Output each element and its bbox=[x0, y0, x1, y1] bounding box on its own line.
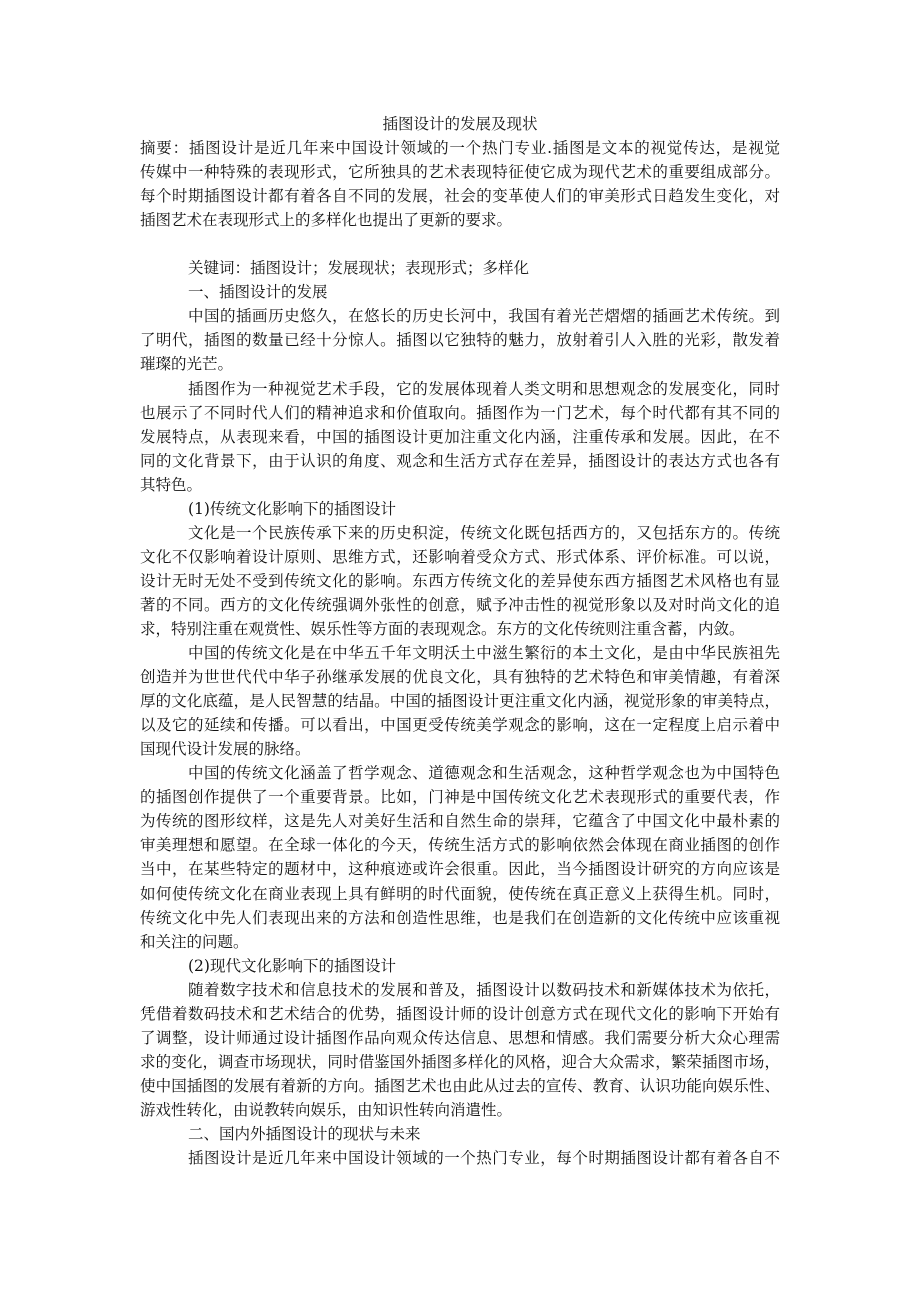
abstract-line: 每个时期插图设计都有着各自不同的发展，社会的变革使人们的审美形式日趋发生变化，对 bbox=[140, 184, 780, 208]
paragraph-line: 文化不仅影响着设计原则、思维方式，还影响着受众方式、形式体系、评价标准。可以说， bbox=[140, 545, 780, 569]
paragraph-line: 中国的插画历史悠久，在悠长的历史长河中，我国有着光芒熠熠的插画艺术传统。到 bbox=[140, 304, 780, 328]
paragraph-line: 以及它的延续和传播。可以看出，中国更受传统美学观念的影响，这在一定程度上启示着中 bbox=[140, 713, 780, 737]
section-heading: 二、国内外插图设计的现状与未来 bbox=[140, 1122, 780, 1146]
paragraph-line: 其特色。 bbox=[140, 473, 780, 497]
abstract: 摘要：插图设计是近几年来中国设计领域的一个热门专业.插图是文本的视觉传达，是视觉… bbox=[140, 136, 780, 232]
paragraph-line: 的插图创作提供了一个重要背景。比如，门神是中国传统文化艺术表现形式的重要代表，作 bbox=[140, 785, 780, 809]
document-title: 插图设计的发展及现状 bbox=[140, 112, 780, 136]
paragraph: 随着数字技术和信息技术的发展和普及，插图设计以数码技术和新媒体技术为依托， 凭借… bbox=[140, 978, 780, 1122]
paragraph-line: 著的不同。西方的文化传统强调外张性的创意，赋予冲击性的视觉形象以及对时尚文化的追 bbox=[140, 593, 780, 617]
paragraph-line: 同的文化背景下，由于认识的角度、观念和生活方式存在差异，插图设计的表达方式也各有 bbox=[140, 449, 780, 473]
paragraph-line: 也展示了不同时代人们的精神追求和价值取向。插图作为一门艺术，每个时代都有其不同的 bbox=[140, 401, 780, 425]
paragraph-line: 和关注的问题。 bbox=[140, 930, 780, 954]
paragraph-line: 传统文化中先人们表现出来的方法和创造性思维，也是我们在创造新的文化传统中应该重视 bbox=[140, 906, 780, 930]
section-heading: 一、插图设计的发展 bbox=[140, 280, 780, 304]
paragraph-line: 为传统的图形纹样，这是先人对美好生活和自然生命的崇拜，它蕴含了中国文化中最朴素的 bbox=[140, 809, 780, 833]
paragraph: 文化是一个民族传承下来的历史积淀，传统文化既包括西方的，又包括东方的。传统 文化… bbox=[140, 521, 780, 641]
paragraph-line: 文化是一个民族传承下来的历史积淀，传统文化既包括西方的，又包括东方的。传统 bbox=[140, 521, 780, 545]
abstract-line: 传媒中一种特殊的表现形式，它所独具的艺术表现特征使它成为现代艺术的重要组成部分。 bbox=[140, 160, 780, 184]
paragraph-line: 当中，在某些特定的题材中，这种痕迹或许会很重。因此，当今插图设计研究的方向应该是 bbox=[140, 857, 780, 881]
paragraph-line: 求的变化，调查市场现状，同时借鉴国外插图多样化的风格，迎合大众需求，繁荣插图市场… bbox=[140, 1050, 780, 1074]
blank-line bbox=[140, 232, 780, 256]
paragraph-line: 发展特点，从表现来看，中国的插图设计更加注重文化内涵，注重传承和发展。因此，在不 bbox=[140, 425, 780, 449]
paragraph: 插图设计是近几年来中国设计领域的一个热门专业，每个时期插图设计都有着各自不 bbox=[140, 1146, 780, 1170]
paragraph: 中国的传统文化涵盖了哲学观念、道德观念和生活观念，这种哲学观念也为中国特色 的插… bbox=[140, 761, 780, 953]
subsection-heading: (1)传统文化影响下的插图设计 bbox=[140, 497, 780, 521]
paragraph-line: 中国的传统文化涵盖了哲学观念、道德观念和生活观念，这种哲学观念也为中国特色 bbox=[140, 761, 780, 785]
abstract-line: 插图艺术在表现形式上的多样化也提出了更新的要求。 bbox=[140, 208, 780, 232]
paragraph-line: 了调整，设计师通过设计插图作品向观众传达信息、思想和情感。我们需要分析大众心理需 bbox=[140, 1026, 780, 1050]
paragraph-line: 凭借着数码技术和艺术结合的优势，插图设计师的设计创意方式在现代文化的影响下开始有 bbox=[140, 1002, 780, 1026]
paragraph-line: 国现代设计发展的脉络。 bbox=[140, 737, 780, 761]
paragraph-line: 创造并为世世代代中华子孙继承发展的优良文化，具有独特的艺术特色和审美情趣，有着深 bbox=[140, 665, 780, 689]
paragraph-line: 游戏性转化，由说教转向娱乐，由知识性转向消遣性。 bbox=[140, 1098, 780, 1122]
paragraph: 中国的插画历史悠久，在悠长的历史长河中，我国有着光芒熠熠的插画艺术传统。到 了明… bbox=[140, 304, 780, 376]
paragraph-line: 使中国插图的发展有着新的方向。插图艺术也由此从过去的宣传、教育、认识功能向娱乐性… bbox=[140, 1074, 780, 1098]
paragraph: 中国的传统文化是在中华五千年文明沃土中滋生繁衍的本土文化，是由中华民族祖先 创造… bbox=[140, 641, 780, 761]
paragraph-line: 求，特别注重在观赏性、娱乐性等方面的表现观念。东方的文化传统则注重含蓄，内敛。 bbox=[140, 617, 780, 641]
paragraph-line: 审美理想和愿望。在全球一体化的今天，传统生活方式的影响依然会体现在商业插图的创作 bbox=[140, 833, 780, 857]
paragraph-line: 璀璨的光芒。 bbox=[140, 352, 780, 376]
paragraph-line: 设计无时无处不受到传统文化的影响。东西方传统文化的差异使东西方插图艺术风格也有显 bbox=[140, 569, 780, 593]
paragraph-line: 了明代，插图的数量已经十分惊人。插图以它独特的魅力，放射着引人入胜的光彩，散发着 bbox=[140, 328, 780, 352]
keywords: 关键词：插图设计；发展现状；表现形式；多样化 bbox=[140, 256, 780, 280]
abstract-line: 摘要：插图设计是近几年来中国设计领域的一个热门专业.插图是文本的视觉传达，是视觉 bbox=[140, 136, 780, 160]
paragraph: 插图作为一种视觉艺术手段，它的发展体现着人类文明和思想观念的发展变化，同时 也展… bbox=[140, 377, 780, 497]
paragraph-line: 插图设计是近几年来中国设计领域的一个热门专业，每个时期插图设计都有着各自不 bbox=[140, 1146, 780, 1170]
document-page: 插图设计的发展及现状 摘要：插图设计是近几年来中国设计领域的一个热门专业.插图是… bbox=[140, 112, 780, 1170]
paragraph-line: 厚的文化底蕴，是人民智慧的结晶。中国的插图设计更注重文化内涵，视觉形象的审美特点… bbox=[140, 689, 780, 713]
paragraph-line: 如何使传统文化在商业表现上具有鲜明的时代面貌，使传统在真正意义上获得生机。同时， bbox=[140, 882, 780, 906]
paragraph-line: 插图作为一种视觉艺术手段，它的发展体现着人类文明和思想观念的发展变化，同时 bbox=[140, 377, 780, 401]
subsection-heading: (2)现代文化影响下的插图设计 bbox=[140, 954, 780, 978]
paragraph-line: 随着数字技术和信息技术的发展和普及，插图设计以数码技术和新媒体技术为依托， bbox=[140, 978, 780, 1002]
paragraph-line: 中国的传统文化是在中华五千年文明沃土中滋生繁衍的本土文化，是由中华民族祖先 bbox=[140, 641, 780, 665]
